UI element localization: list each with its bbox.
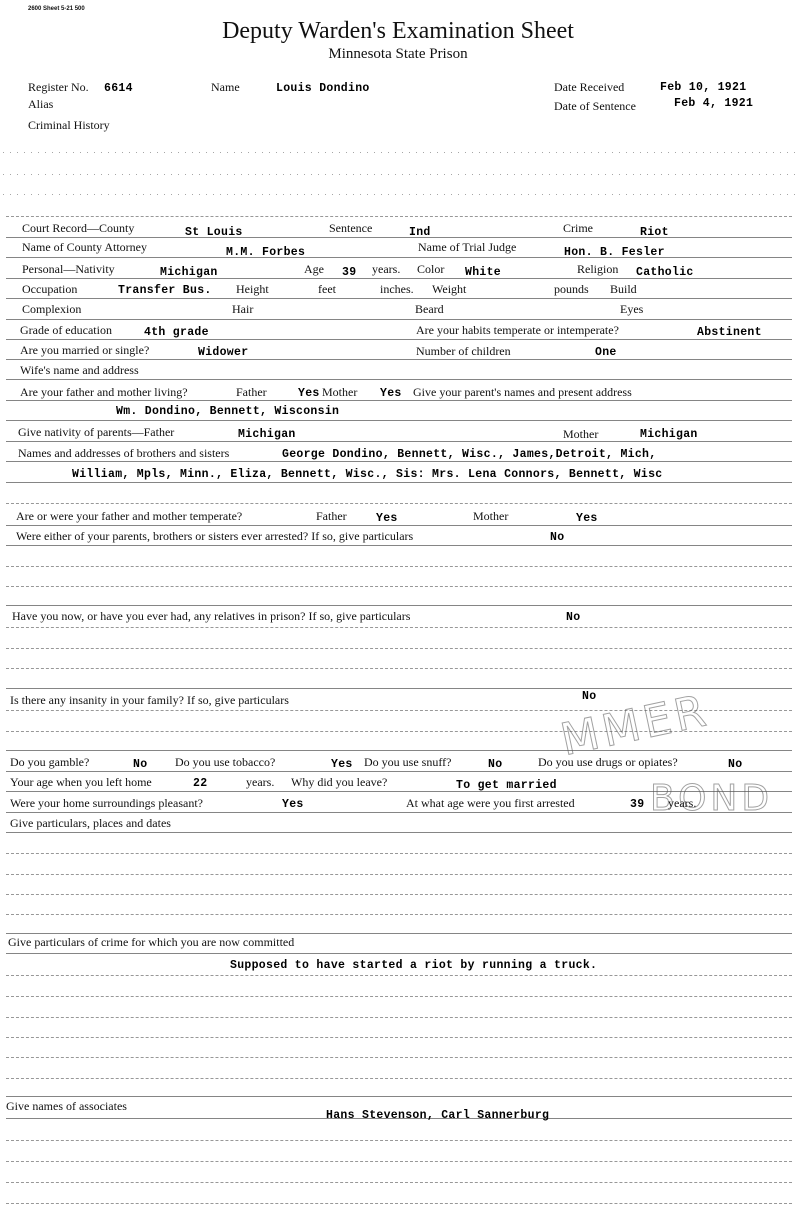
crime-value: Riot	[640, 226, 669, 239]
age-label: Age	[304, 262, 324, 277]
wife-label: Wife's name and address	[20, 363, 139, 378]
nativity-value: Michigan	[160, 266, 218, 279]
county-label: Court Record—County	[22, 221, 134, 236]
mother-living-value: Yes	[380, 387, 402, 400]
married-label: Are you married or single?	[20, 343, 149, 358]
hair-label: Hair	[232, 302, 253, 317]
why-leave-value: To get married	[456, 779, 557, 792]
father-living-value: Yes	[298, 387, 320, 400]
county-value: St Louis	[185, 226, 243, 239]
surroundings-label: Were your home surroundings pleasant?	[10, 796, 203, 811]
register-label: Register No.	[28, 80, 89, 95]
mother-nativity-label: Mother	[563, 427, 598, 442]
pounds-label: pounds	[554, 282, 589, 297]
siblings-line-2: William, Mpls, Minn., Eliza, Bennett, Wi…	[72, 468, 663, 481]
snuff-label: Do you use snuff?	[364, 755, 451, 770]
date-sentence-value: Feb 4, 1921	[674, 97, 753, 110]
criminal-history-label: Criminal History	[28, 118, 110, 133]
inches-label: inches.	[380, 282, 414, 297]
temperate-label: Are or were your father and mother tempe…	[16, 509, 242, 524]
education-value: 4th grade	[144, 326, 209, 339]
why-leave-label: Why did you leave?	[291, 775, 387, 790]
parents-address-label: Give your parent's names and present add…	[413, 385, 632, 400]
father-living-label: Father	[236, 385, 267, 400]
crime-label: Crime	[563, 221, 593, 236]
religion-label: Religion	[577, 262, 618, 277]
arrested-label: Were either of your parents, brothers or…	[16, 529, 413, 544]
page-subtitle: Minnesota State Prison	[0, 46, 796, 63]
crime-particulars-value: Supposed to have started a riot by runni…	[230, 959, 597, 972]
height-label: Height	[236, 282, 269, 297]
mother-temperate-label: Mother	[473, 509, 508, 524]
tobacco-value: Yes	[331, 758, 353, 771]
married-value: Widower	[198, 346, 248, 359]
arrested-value: No	[550, 531, 564, 544]
occupation-value: Transfer Bus.	[118, 284, 212, 297]
date-sentence-label: Date of Sentence	[554, 99, 636, 114]
mother-nativity-value: Michigan	[640, 428, 698, 441]
complexion-label: Complexion	[22, 302, 81, 317]
build-label: Build	[610, 282, 637, 297]
insanity-label: Is there any insanity in your family? If…	[10, 693, 289, 708]
education-label: Grade of education	[20, 323, 112, 338]
relatives-prison-value: No	[566, 611, 580, 624]
attorney-label: Name of County Attorney	[22, 240, 147, 255]
crime-particulars-label: Give particulars of crime for which you …	[8, 935, 294, 950]
years-label: years.	[372, 262, 400, 277]
associates-value: Hans Stevenson, Carl Sannerburg	[326, 1109, 549, 1122]
gamble-label: Do you gamble?	[10, 755, 89, 770]
sentence-value: Ind	[409, 226, 431, 239]
habits-label: Are your habits temperate or intemperate…	[416, 323, 619, 338]
beard-label: Beard	[415, 302, 444, 317]
snuff-value: No	[488, 758, 502, 771]
parents-living-label: Are your father and mother living?	[20, 385, 188, 400]
children-label: Number of children	[416, 344, 511, 359]
father-temperate-value: Yes	[376, 512, 398, 525]
alias-label: Alias	[28, 97, 53, 112]
parents-address-value: Wm. Dondino, Bennett, Wisconsin	[116, 405, 339, 418]
relatives-prison-label: Have you now, or have you ever had, any …	[12, 609, 410, 624]
drugs-label: Do you use drugs or opiates?	[538, 755, 678, 770]
name-value: Louis Dondino	[276, 82, 370, 95]
left-home-years-label: years.	[246, 775, 274, 790]
surroundings-value: Yes	[282, 798, 304, 811]
first-arrest-label: At what age were you first arrested	[406, 796, 575, 811]
mother-living-label: Mother	[322, 385, 357, 400]
sentence-label: Sentence	[329, 221, 372, 236]
name-label: Name	[211, 80, 240, 95]
stamp-mark: MMER	[556, 685, 714, 766]
judge-label: Name of Trial Judge	[418, 240, 516, 255]
particulars-label: Give particulars, places and dates	[10, 816, 171, 831]
children-value: One	[595, 346, 617, 359]
father-temperate-label: Father	[316, 509, 347, 524]
left-home-value: 22	[193, 777, 207, 790]
date-received-value: Feb 10, 1921	[660, 81, 746, 94]
color-label: Color	[417, 262, 444, 277]
nativity-label: Personal—Nativity	[22, 262, 115, 277]
feet-label: feet	[318, 282, 336, 297]
weight-label: Weight	[432, 282, 466, 297]
register-value: 6614	[104, 82, 133, 95]
insanity-value: No	[582, 690, 596, 703]
first-arrest-value: 39	[630, 798, 644, 811]
religion-value: Catholic	[636, 266, 694, 279]
father-nativity-value: Michigan	[238, 428, 296, 441]
gamble-value: No	[133, 758, 147, 771]
mother-temperate-value: Yes	[576, 512, 598, 525]
drugs-value: No	[728, 758, 742, 771]
first-arrest-years-label: years.	[668, 796, 696, 811]
attorney-value: M.M. Forbes	[226, 246, 305, 259]
form-number: 2600 Sheet 5-21 500	[28, 6, 85, 12]
habits-value: Abstinent	[697, 326, 762, 339]
tobacco-label: Do you use tobacco?	[175, 755, 275, 770]
occupation-label: Occupation	[22, 282, 77, 297]
eyes-label: Eyes	[620, 302, 643, 317]
siblings-line-1: George Dondino, Bennett, Wisc., James,De…	[282, 448, 656, 461]
color-value: White	[465, 266, 501, 279]
left-home-label: Your age when you left home	[10, 775, 152, 790]
page-title: Deputy Warden's Examination Sheet	[0, 18, 796, 45]
age-value: 39	[342, 266, 356, 279]
siblings-label: Names and addresses of brothers and sist…	[18, 446, 229, 461]
judge-value: Hon. B. Fesler	[564, 246, 665, 259]
associates-label: Give names of associates	[6, 1099, 127, 1114]
parents-nativity-label: Give nativity of parents—Father	[18, 425, 174, 440]
date-received-label: Date Received	[554, 80, 624, 95]
